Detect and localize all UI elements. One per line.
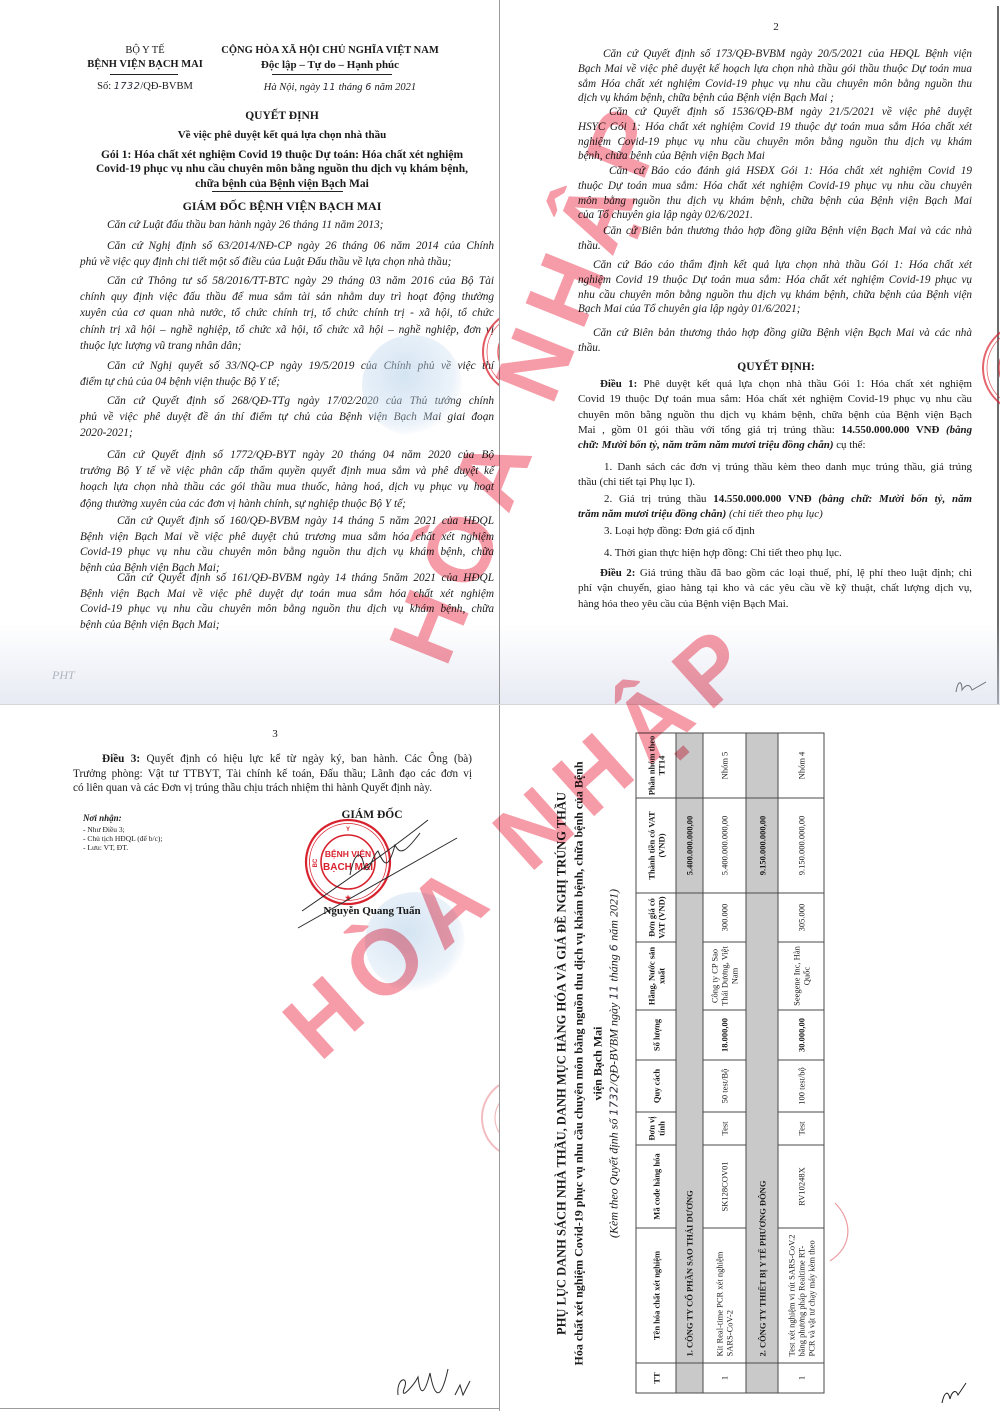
text-line: Gói 1: Hóa chất xét nghiệm Covid 19 thuộ… [62,148,499,162]
text-line: Điều 1: Phê duyệt kết quả lựa chọn nhà t… [578,377,972,392]
emphasis-text: Điều 1: [600,378,637,390]
item-group: Nhóm 4 [778,733,824,798]
text-line: 2020-2021; [80,425,494,441]
text-line: Căn cứ Biên bản thương thảo hợp đồng giữ… [578,224,972,239]
text-line: nghiệm Covid-19 phục vụ nhu cầu chuyên m… [578,135,972,150]
legal-basis: Căn cứ Biên bản thương thảo hợp đồng giữ… [578,224,972,254]
group-total: 5.400.000.000,00 [676,798,703,893]
table-cell [746,733,778,798]
page-edge [997,6,999,704]
item-amount: 9.150.000.000,00 [778,798,824,893]
item-unit-price: 300.000 [703,893,746,942]
emphasis-text: (bằng [939,424,972,436]
text-line: thuộc Dự toán mua sắm: Hóa chất xét nghi… [578,179,972,194]
text-line: Covid-19 phục vụ nhu cầu chuyên môn bằng… [80,545,494,561]
emphasis-text: (chi tiết theo phụ lục) [726,508,822,520]
text-line: nghiệm Covid 19 thuộc Dự toán mua sắm: H… [578,273,972,288]
column-header: Số lượng [636,1010,676,1060]
text-line: Bệnh viện Bạch Mai về việc phê duyệt dự … [80,587,494,603]
column-header: Tên hóa chất xét nghiệm [636,1228,676,1363]
item-code: RV10248X [778,1145,824,1228]
text-line: môn bằng nguồn thu dịch vụ khám bệnh, ch… [578,194,972,209]
column-header: Thành tiền có VAT (VND) [636,798,676,893]
text-line: thầu. [578,239,972,254]
text-line: chính quy định việc đấu thầu để mua sắm … [80,289,494,305]
text-line: Căn cứ Báo cáo thẩm định kết quả lựa chọ… [578,258,972,273]
table-row: 1 Test xét nghiệm vi rút SARS-CoV.2 bằng… [778,733,824,1393]
item-maker: Seegene Inc, Hàn Quốc [778,942,824,1010]
emphasis-text: 14.550.000.000 VNĐ [841,424,939,436]
item-unit-price: 305.000 [778,893,824,942]
item-index: 1 [778,1363,824,1393]
legal-basis: Căn cứ Luật đấu thầu ban hành ngày 26 th… [80,217,494,233]
recipients-label: Nơi nhận: [83,813,122,823]
item-pack: 50 test/Bộ [703,1060,746,1112]
legal-basis: Căn cứ Quyết định số 173/QĐ-BVBM ngày 20… [578,47,972,106]
text-line: thầu (chi tiết tại Phụ lục I). [578,475,972,490]
text-line: Bệnh viện Bạch Mai về việc phê duyệt chủ… [80,530,494,546]
legal-basis: Căn cứ Quyết định số 160/QĐ-BVBM ngày 14… [80,514,494,576]
article-3: Điều 3: Quyết định có hiệu lực kể từ ngà… [73,752,472,796]
group-total: 9.150.000.000,00 [746,798,778,893]
initials-scribble [942,1383,966,1403]
text-line: Căn cứ Báo cáo đánh giá HSĐX Gói 1: Hóa … [578,164,972,179]
handwritten-text: 6 [365,82,372,93]
hospital-name: BỆNH VIỆN BẠCH MAI [70,59,220,70]
legal-basis: Căn cứ Quyết định số 1772/QĐ-BYT ngày 20… [80,447,494,512]
legal-basis: Căn cứ Nghị quyết số 33/NQ-CP ngày 19/5/… [80,358,494,390]
text-line: Covid 19 thuộc Dự toán mua sắm: Hóa chất… [578,392,972,407]
text-line: trăm năm mươi triệu đồng chẵn) (chi tiết… [578,507,972,522]
handwritten-text: 11 [607,984,620,999]
article-1: Điều 1: Phê duyệt kết quả lựa chọn nhà t… [578,377,972,453]
column-header: Đơn giá có VAT (VND) [636,893,676,942]
text-line: trưởng Bộ Y tế về việc phân cấp thẩm quy… [80,463,494,479]
page-number: 2 [726,21,826,33]
recipient-item: - Lưu: VT, ĐT. [83,843,128,852]
text-line: chính trị xã hội – nghề nghiệp, tổ chức … [80,322,494,338]
stamp-text: Y [346,827,350,833]
page-4-appendix: PHỤ LỤC DANH SÁCH NHÀ THẦU, DANH MỤC HÀN… [500,705,1000,1411]
text-line: Hà Nội, ngày 11 tháng 6 năm 2021 [240,82,440,93]
document-subject: Về việc phê duyệt kết quả lựa chọn nhà t… [82,129,482,141]
scan-shadow [500,624,1000,704]
emphasis-text: chữ: Mười bốn tỷ, năm trăm năm mươi triệ… [578,439,833,451]
text-line: Trưởng phòng: Vật tư TTBYT, Tài chính kế… [73,767,472,782]
motto-underline [272,74,392,75]
article-1-item: 1. Danh sách các đơn vị trúng thầu kèm t… [578,460,972,491]
item-name: Kit Real-time PCR xét nghiệm SARS-CoV-2 [703,1228,746,1363]
text-line: Căn cứ Biên bản thương thảo hợp đồng giữ… [578,326,972,341]
handwritten-text: 11 [323,82,336,93]
text-line: phủ về việc phê duyệt đề án thí điểm tự … [80,409,494,425]
table-header-row: TT Tên hóa chất xét nghiệm Mã code hàng … [636,733,676,1393]
supplier-group-row: 2. CÔNG TY THIẾT BỊ Y TẾ PHƯƠNG ĐÔNG 9.1… [746,733,778,1393]
page-1: BỘ Y TẾ BỆNH VIỆN BẠCH MAI Số: 1732/QĐ-B… [0,0,499,704]
item-index: 1 [703,1363,746,1393]
text-line: Căn cứ Quyết định số 160/QĐ-BVBM ngày 14… [80,514,494,530]
item-quantity: 18.000,00 [703,1010,746,1060]
legal-basis: Căn cứ Thông tư số 58/2016/TT-BTC ngày 2… [80,273,494,354]
article-2: Điều 2: Giá trúng thầu đã bao gồm các lo… [578,566,972,612]
decision-heading: QUYẾT ĐỊNH: [676,361,876,373]
item-unit: Test [703,1112,746,1145]
stamp-text: BẠCH MAI [323,862,373,873]
text-line: hoạch lựa chọn nhà thầu các gói thầu mua… [80,479,494,495]
column-header: Mã code hàng hóa [636,1145,676,1228]
emphasis-text: Điều 2: [600,567,635,579]
document-title: QUYẾT ĐỊNH [82,110,482,122]
text-line: Điều 2: Giá trúng thầu đã bao gồm các lo… [578,566,972,581]
text-line: động thường xuyên của các đơn vị hành ch… [80,496,494,512]
appendix-content: PHỤ LỤC DANH SÁCH NHÀ THẦU, DANH MỤC HÀN… [550,733,823,1393]
page-number: 3 [225,728,325,740]
article-1-item: 2. Giá trị trúng thầu 14.550.000.000 VNĐ… [578,492,972,523]
text-line: hàng hóa theo yêu cầu của Bệnh viện Bạch… [578,597,972,612]
page-3: 3 Điều 3: Quyết định có hiệu lực kể từ n… [0,705,499,1411]
legal-basis: Căn cứ Báo cáo đánh giá HSĐX Gói 1: Hóa … [578,164,972,223]
text-line: Căn cứ Quyết định số 268/QĐ-TTg ngày 17/… [80,393,494,409]
text-line: 3. Loại hợp đồng: Đơn giá cố định [578,524,972,539]
text-line: Căn cứ Thông tư số 58/2016/TT-BTC ngày 2… [80,273,494,289]
document-number: Số: 1732/QĐ-BVBM [60,81,230,92]
official-stamp: BỆNH VIỆN BẠCH MAI Y BC ★ [0,705,499,1411]
text-line: của Tổ chuyên gia lập ngày 02/6/2021. [578,208,972,223]
column-header: Hãng, Nước sản xuất [636,942,676,1010]
text-line: chữa bệnh của Bệnh viện Bạch Mai [62,177,499,191]
text-line: nhu cầu chuyên môn bằng nguồn thu dịch v… [578,288,972,303]
title-underline [212,191,343,192]
text-line: Căn cứ Nghị quyết số 33/NQ-CP ngày 19/5/… [80,358,494,374]
text-line: HSYC Gói 1: Hóa chất xét nghiệm Covid 19… [578,120,972,135]
text-line: Căn cứ Quyết định số 161/QĐ-BVBM ngày 14… [80,571,494,587]
handwritten-text: 1732 [607,1085,620,1115]
supplier-name: 2. CÔNG TY THIẾT BỊ Y TẾ PHƯƠNG ĐÔNG [746,893,778,1363]
item-unit: Test [778,1112,824,1145]
table-row: 1 Kit Real-time PCR xét nghiệm SARS-CoV-… [703,733,746,1393]
text-line: Căn cứ Quyết định số 1536/QĐ-BM ngày 21/… [578,105,972,120]
appendix-title: PHỤ LỤC DANH SÁCH NHÀ THẦU, DANH MỤC HÀN… [554,733,569,1393]
text-line: thuộc lực lượng vũ trang nhân dân; [80,338,494,354]
emphasis-text: (bằng chữ: Mười bốn tỷ, năm [812,493,972,505]
recipient-item: - Như Điều 3; [83,825,125,834]
text-line: thầu. [578,341,972,356]
emphasis-text: Điều 3: [102,753,140,765]
text-line: sắm Hóa chất xét nghiệm Covid-19 phục vụ… [578,77,972,92]
faint-stamp-arc [830,1203,848,1261]
text-line: bệnh, chữa bệnh của Bệnh viện Bạch Mai [578,149,972,164]
text-line: (Kèm theo Quyết định số 1732/QĐ-BVBM ngà… [606,733,621,1393]
edge-seal-stamp [482,1078,499,1158]
package-description: Gói 1: Hóa chất xét nghiệm Covid 19 thuộ… [62,148,499,191]
text-line: Bạch Mai của Tổ chuyên gia lập ngày 01/6… [578,302,972,317]
text-line: xuyên của cơ quan nhà nước, tổ chức chín… [80,305,494,321]
text-line: chữ: Mười bốn tỷ, năm trăm năm mươi triệ… [578,438,972,453]
signer-name: Nguyễn Quang Tuấn [302,905,442,917]
text-line: Covid-19 phục vụ nhu cầu chuyên môn bằng… [80,602,494,618]
legal-basis: Căn cứ Báo cáo thẩm định kết quả lựa chọ… [578,258,972,317]
column-header: Phân nhóm theo TT14 [636,733,676,798]
text-line: Căn cứ Quyết định số 1772/QĐ-BYT ngày 20… [80,447,494,463]
legal-basis: Căn cứ Quyết định số 1536/QĐ-BM ngày 21/… [578,105,972,164]
item-quantity: 30.000,00 [778,1010,824,1060]
text-line: Bạch Mai về việc phê duyệt kế hoạch lựa … [578,62,972,77]
legal-basis: Căn cứ Quyết định số 268/QĐ-TTg ngày 17/… [80,393,494,442]
item-group: Nhóm 5 [703,733,746,798]
item-maker: Công ty CP Sao Thái Dương, Việt Nam [703,942,746,1010]
national-motto: Độc lập – Tự do – Hạnh phúc [220,59,440,71]
article-1-item: 3. Loại hợp đồng: Đơn giá cố định [578,524,972,539]
page-seam [0,704,1000,705]
text-line: Căn cứ Nghị định số 63/2014/NĐ-CP ngày 2… [80,238,494,254]
table-cell [676,733,703,798]
text-line: 4. Thời gian thực hiện hợp đồng: Chi tiế… [578,546,972,561]
table-cell [746,1363,778,1393]
column-header: Đơn vị tính [636,1112,676,1145]
item-pack: 100 test/bộ [778,1060,824,1112]
stamp-text: BỆNH VIỆN [325,848,371,859]
text-line: Điều 3: Quyết định có hiệu lực kể từ ngà… [73,752,472,767]
appendix-reference: (Kèm theo Quyết định số 1732/QĐ-BVBM ngà… [606,733,621,1393]
column-header: Quy cách [636,1060,676,1112]
stamp-text: BC [313,858,319,867]
text-line: dịch vụ khám bệnh, chữa bệnh của Bệnh vi… [578,91,972,106]
issuing-authority: GIÁM ĐỐC BỆNH VIỆN BẠCH MAI [82,199,482,214]
handwritten-text: 6 [607,943,620,951]
scan-shadow [0,624,499,704]
text-line: Số: 1732/QĐ-BVBM [60,81,230,92]
page-edge [0,1408,499,1409]
emphasis-text: 14.550.000.000 VNĐ [713,493,811,505]
item-amount: 5.400.000.000,00 [703,798,746,893]
text-line: điểm tự chủ của 04 bệnh viện thuộc Bộ Y … [80,374,494,390]
text-line: phí vận chuyển, giao hàng tại kho và các… [578,581,972,596]
handwritten-text: 1732 [114,81,141,92]
table-cell [676,1363,703,1393]
text-line: có liên quan và các Đơn vị trúng thầu ch… [73,781,472,796]
text-line: Mai , gồm 01 gói thầu với tổng giá trị t… [578,423,972,438]
recipient-item: - Chủ tịch HĐQL (để b/c); [83,834,163,843]
article-1-item: 4. Thời gian thực hiện hợp đồng: Chi tiế… [578,546,972,561]
supplier-name: 1. CÔNG TY CỔ PHẦN SAO THÁI DƯƠNG [676,893,703,1363]
text-line: Covid-19 phục vụ nhu cầu chuyên môn bằng… [62,162,499,176]
item-name: Test xét nghiệm vi rút SARS-CoV.2 bằng p… [778,1228,824,1363]
column-header: TT [636,1363,676,1393]
text-line: phủ về việc quy định chi tiết một số điề… [80,254,494,270]
signer-title: GIÁM ĐỐC [322,809,422,821]
text-line: 1. Danh sách các đơn vị trúng thầu kèm t… [578,460,972,475]
appendix-table: TT Tên hóa chất xét nghiệm Mã code hàng … [635,732,824,1393]
issue-date: Hà Nội, ngày 11 tháng 6 năm 2021 [240,82,440,93]
national-title: CỘNG HÒA XÃ HỘI CHỦ NGHĨA VIỆT NAM [220,45,440,56]
text-line: Căn cứ Luật đấu thầu ban hành ngày 26 th… [80,217,494,233]
ministry-name: BỘ Y TẾ [70,45,220,56]
appendix-subtitle: Hóa chất xét nghiệm Covid-19 phục vụ nhu… [571,733,586,1393]
page-2: 2 Căn cứ Quyết định số 173/QĐ-BVBM ngày … [500,0,1000,704]
item-code: SK128COV01 [703,1145,746,1228]
text-line: Căn cứ Quyết định số 173/QĐ-BVBM ngày 20… [578,47,972,62]
supplier-group-row: 1. CÔNG TY CỔ PHẦN SAO THÁI DƯƠNG 5.400.… [676,733,703,1393]
stamp-star-icon: ★ [345,894,352,902]
legal-basis: Căn cứ Nghị định số 63/2014/NĐ-CP ngày 2… [80,238,494,270]
appendix-subtitle: viện Bạch Mai [590,733,605,1393]
emphasis-text: trăm năm mươi triệu đồng chẵn) [578,508,726,520]
header-underline [110,74,178,75]
text-line: chuyên môn bằng nguồn thu dịch vụ khám b… [578,408,972,423]
text-line: 2. Giá trị trúng thầu 14.550.000.000 VNĐ… [578,492,972,507]
page-seam [499,0,500,1411]
legal-basis: Căn cứ Biên bản thương thảo hợp đồng giữ… [578,326,972,356]
